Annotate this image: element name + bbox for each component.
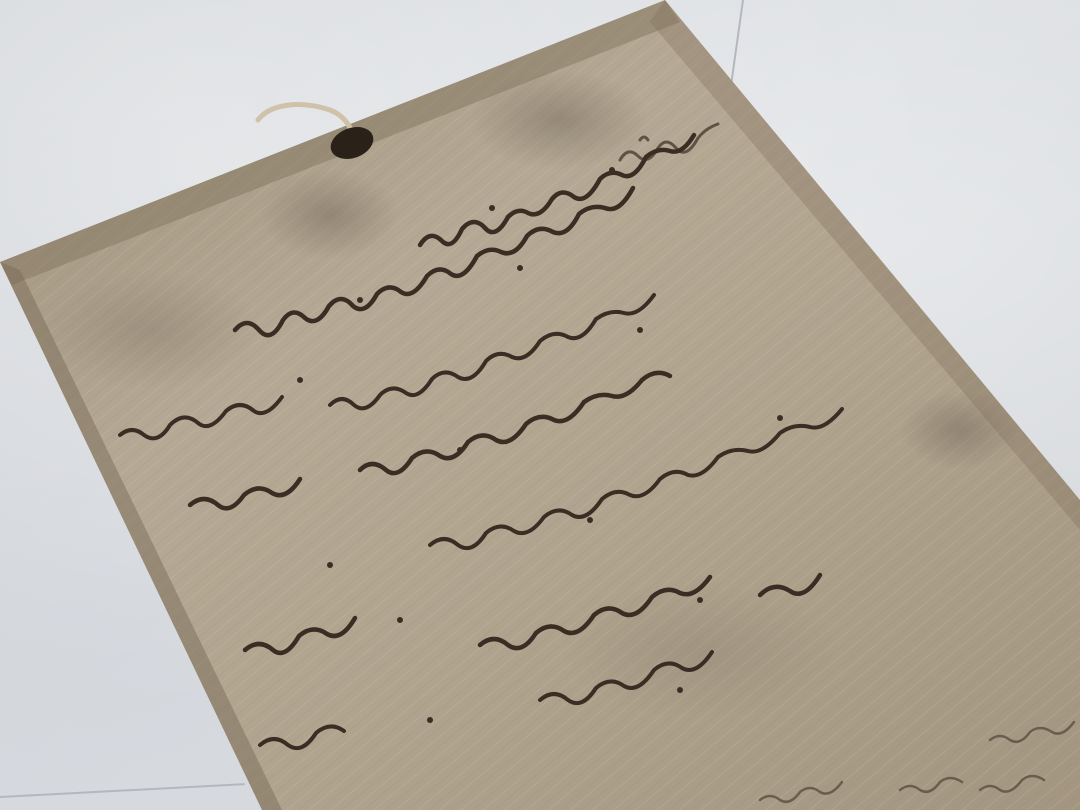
wooden-writing-board	[0, 0, 1080, 810]
photo-scene	[0, 0, 1080, 810]
